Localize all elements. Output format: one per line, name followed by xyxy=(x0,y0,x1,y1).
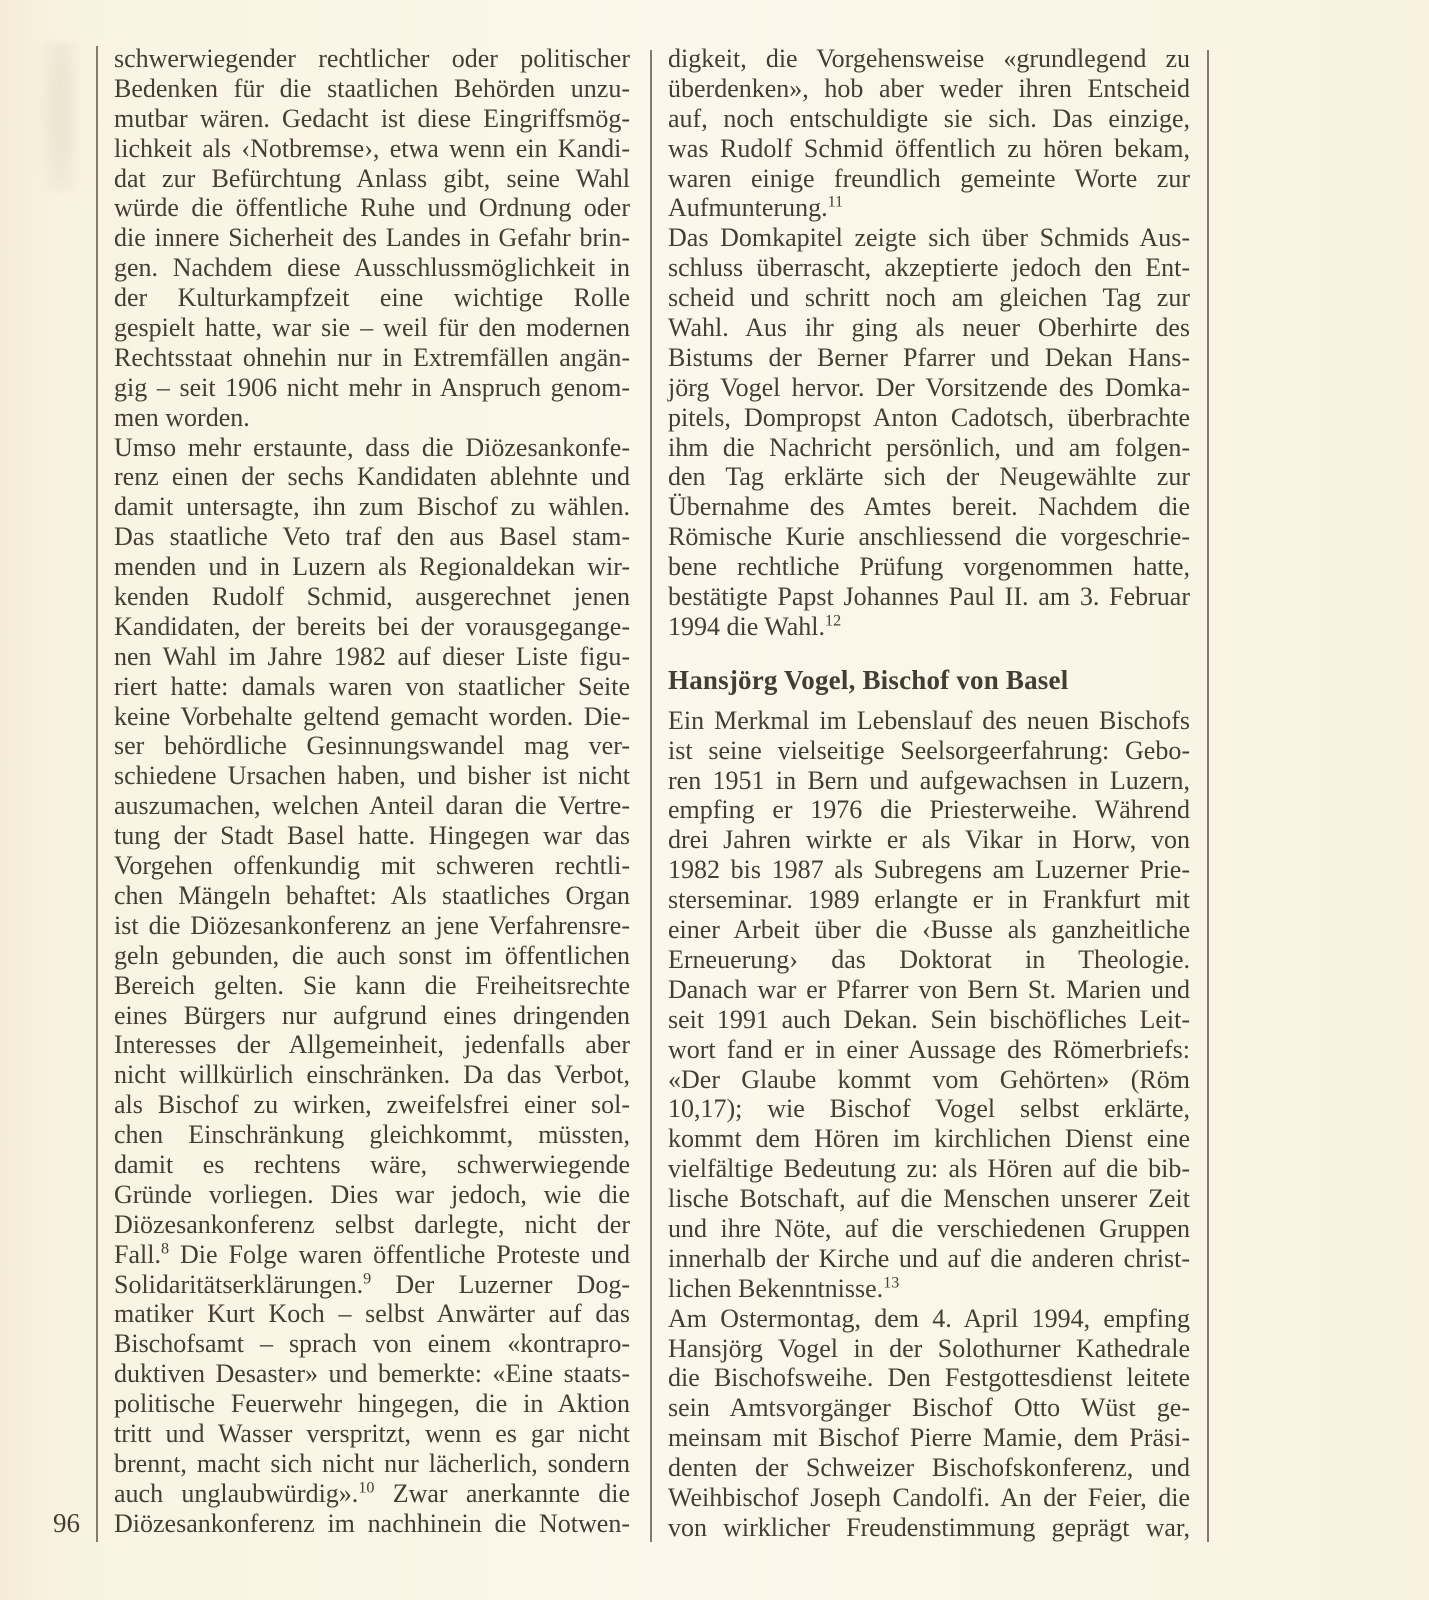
page-number: 96 xyxy=(28,1508,80,1539)
text-line: damit es rechtens wäre, schwerwiegende xyxy=(114,1150,630,1180)
text-line: Solidaritätserklärungen.9 Der Luzerner D… xyxy=(114,1270,630,1300)
text-line: gespielt hatte, war sie – weil für den m… xyxy=(114,313,630,343)
text-line: Gründe vorliegen. Dies war jedoch, wie d… xyxy=(114,1180,630,1210)
text-line: von wirklicher Freudenstimmung geprägt w… xyxy=(668,1513,1190,1543)
text-line: Erneuerung› das Doktorat in Theologie. xyxy=(668,945,1190,975)
text-line: überdenken», hob aber weder ihren Entsch… xyxy=(668,74,1190,104)
text-line: lichen Bekenntnisse.13 xyxy=(668,1274,1190,1304)
footnote-ref: 13 xyxy=(883,1274,899,1291)
text-line: keine Vorbehalte geltend gemacht worden.… xyxy=(114,702,630,732)
text-line: chen Einschränkung gleichkommt, müssten, xyxy=(114,1120,630,1150)
paragraph: digkeit, die Vorgehensweise «grundlegend… xyxy=(668,44,1190,223)
text-line: «Der Glaube kommt vom Gehörten» (Röm xyxy=(668,1065,1190,1095)
text-line: denten der Schweizer Bischofskonferenz, … xyxy=(668,1453,1190,1483)
text-line: brennt, macht sich nicht nur lächerlich,… xyxy=(114,1449,630,1479)
text-line: mutbar wären. Gedacht ist diese Eingriff… xyxy=(114,104,630,134)
text-line: lichkeit als ‹Notbremse›, etwa wenn ein … xyxy=(114,134,630,164)
text-line: wort fand er in einer Aussage des Römerb… xyxy=(668,1035,1190,1065)
text-line: ren 1951 in Bern und aufgewachsen in Luz… xyxy=(668,766,1190,796)
text-line: pitels, Dompropst Anton Cadotsch, überbr… xyxy=(668,403,1190,433)
text-line: Das staatliche Veto traf den aus Basel s… xyxy=(114,522,630,552)
text-line: dat zur Befürchtung Anlass gibt, seine W… xyxy=(114,164,630,194)
text-line: ihm die Nachricht persönlich, und am fol… xyxy=(668,433,1190,463)
text-line: Ein Merkmal im Lebenslauf des neuen Bisc… xyxy=(668,706,1190,736)
text-line: auf, noch entschuldigte sie sich. Das ei… xyxy=(668,104,1190,134)
text-line: 10,17); wie Bischof Vogel selbst erklärt… xyxy=(668,1094,1190,1124)
text-line: Rechtsstaat ohnehin nur in Extremfällen … xyxy=(114,343,630,373)
text-line: Diözesankonferenz selbst darlegte, nicht… xyxy=(114,1210,630,1240)
text-line: scheid und schritt noch am gleichen Tag … xyxy=(668,283,1190,313)
text-line: als Bischof zu wirken, zweifelsfrei eine… xyxy=(114,1090,630,1120)
text-line: ser behördliche Gesinnungswandel mag ver… xyxy=(114,731,630,761)
footnote-ref: 9 xyxy=(363,1270,371,1287)
text-line: Übernahme des Amtes bereit. Nachdem die xyxy=(668,492,1190,522)
text-line: waren einige freundlich gemeinte Worte z… xyxy=(668,164,1190,194)
text-line: drei Jahren wirkte er als Vikar in Horw,… xyxy=(668,825,1190,855)
text-line: Am Ostermontag, dem 4. April 1994, empfi… xyxy=(668,1304,1190,1334)
text-line: 1994 die Wahl.12 xyxy=(668,612,1190,642)
text-line: nen Wahl im Jahre 1982 auf dieser Liste … xyxy=(114,642,630,672)
text-line: Hansjörg Vogel in der Solothurner Kathed… xyxy=(668,1334,1190,1364)
text-line: und ihre Nöte, auf die verschiedenen Gru… xyxy=(668,1214,1190,1244)
text-line: ist seine vielseitige Seelsorgeerfahrung… xyxy=(668,736,1190,766)
text-line: Umso mehr erstaunte, dass die Diözesanko… xyxy=(114,433,630,463)
text-line: chen Mängeln behaftet: Als staatliches O… xyxy=(114,881,630,911)
text-line: meinsam mit Bischof Pierre Mamie, dem Pr… xyxy=(668,1423,1190,1453)
text-line: Bereich gelten. Sie kann die Freiheitsre… xyxy=(114,971,630,1001)
text-line: tritt und Wasser verspritzt, wenn es gar… xyxy=(114,1419,630,1449)
text-line: schwerwiegender rechtlicher oder politis… xyxy=(114,44,630,74)
text-line: Bischofsamt – sprach von einem «kontrapr… xyxy=(114,1329,630,1359)
text-line: Danach war er Pfarrer von Bern St. Marie… xyxy=(668,975,1190,1005)
paragraph: schwerwiegender rechtlicher oder politis… xyxy=(114,44,630,433)
text-line: politische Feuerwehr hingegen, die in Ak… xyxy=(114,1389,630,1419)
text-line: eines Bürgers nur aufgrund eines dringen… xyxy=(114,1001,630,1031)
text-line: Das Domkapitel zeigte sich über Schmids … xyxy=(668,223,1190,253)
text-line: Bistums der Berner Pfarrer und Dekan Han… xyxy=(668,343,1190,373)
text-line: damit untersagte, ihn zum Bischof zu wäh… xyxy=(114,492,630,522)
text-line: lische Botschaft, auf die Menschen unser… xyxy=(668,1184,1190,1214)
footnote-ref: 12 xyxy=(825,612,841,629)
text-line: die innere Sicherheit des Landes in Gefa… xyxy=(114,223,630,253)
right-margin-rule xyxy=(1207,50,1209,1542)
text-line: auch unglaubwürdig».10 Zwar anerkannte d… xyxy=(114,1479,630,1509)
text-line: duktiven Desaster» und bemerkte: «Eine s… xyxy=(114,1359,630,1389)
text-line: Fall.8 Die Folge waren öffentliche Prote… xyxy=(114,1240,630,1270)
text-line: schiedene Ursachen haben, und bisher ist… xyxy=(114,761,630,791)
footnote-ref: 11 xyxy=(828,194,844,211)
text-line: men worden. xyxy=(114,403,630,433)
text-line: ist die Diözesankonferenz an jene Verfah… xyxy=(114,911,630,941)
text-line: Vorgehen offenkundig mit schweren rechtl… xyxy=(114,851,630,881)
footnote-ref: 8 xyxy=(161,1240,169,1257)
text-line: die Bischofsweihe. Den Festgottesdienst … xyxy=(668,1363,1190,1393)
text-line: bestätigte Papst Johannes Paul II. am 3.… xyxy=(668,582,1190,612)
text-line: Kandidaten, der bereits bei der vorausge… xyxy=(114,612,630,642)
text-line: den Tag erklärte sich der Neugewählte zu… xyxy=(668,462,1190,492)
right-text-column: digkeit, die Vorgehensweise «grundlegend… xyxy=(668,44,1190,1543)
text-line: einer Arbeit über die ‹Busse als ganzhei… xyxy=(668,915,1190,945)
left-text-column: schwerwiegender rechtlicher oder politis… xyxy=(114,44,630,1539)
book-page: 96 schwerwiegender rechtlicher oder poli… xyxy=(0,0,1429,1600)
text-line: vielfältige Bedeutung zu: als Hören auf … xyxy=(668,1154,1190,1184)
paragraph: Das Domkapitel zeigte sich über Schmids … xyxy=(668,223,1190,641)
text-line: jörg Vogel hervor. Der Vorsitzende des D… xyxy=(668,373,1190,403)
paragraph: Am Ostermontag, dem 4. April 1994, empfi… xyxy=(668,1304,1190,1543)
text-line: der Kulturkampfzeit eine wichtige Rolle xyxy=(114,283,630,313)
text-line: innerhalb der Kirche und auf die anderen… xyxy=(668,1244,1190,1274)
text-line: gen. Nachdem diese Ausschlussmöglichkeit… xyxy=(114,253,630,283)
text-line: sein Amtsvorgänger Bischof Otto Wüst ge- xyxy=(668,1393,1190,1423)
text-line: Aufmunterung.11 xyxy=(668,193,1190,223)
text-line: Wahl. Aus ihr ging als neuer Oberhirte d… xyxy=(668,313,1190,343)
text-line: Diözesankonferenz im nachhinein die Notw… xyxy=(114,1509,630,1539)
text-line: sterseminar. 1989 erlangte er in Frankfu… xyxy=(668,885,1190,915)
text-line: würde die öffentliche Ruhe und Ordnung o… xyxy=(114,193,630,223)
text-line: Weihbischof Joseph Candolfi. An der Feie… xyxy=(668,1483,1190,1513)
text-line: gig – seit 1906 nicht mehr in Anspruch g… xyxy=(114,373,630,403)
text-line: Interesses der Allgemeinheit, jedenfalls… xyxy=(114,1030,630,1060)
margin-ink-ghost xyxy=(38,42,84,192)
text-line: tung der Stadt Basel hatte. Hingegen war… xyxy=(114,821,630,851)
text-line: Römische Kurie anschliessend die vorgesc… xyxy=(668,522,1190,552)
text-line: schluss überrascht, akzeptierte jedoch d… xyxy=(668,253,1190,283)
text-line: digkeit, die Vorgehensweise «grundlegend… xyxy=(668,44,1190,74)
left-margin-rule xyxy=(96,46,98,1542)
text-line: kommt dem Hören im kirchlichen Dienst ei… xyxy=(668,1124,1190,1154)
text-line: matiker Kurt Koch – selbst Anwärter auf … xyxy=(114,1299,630,1329)
text-line: nicht willkürlich einschränken. Da das V… xyxy=(114,1060,630,1090)
text-line: geln gebunden, die auch sonst im öffentl… xyxy=(114,941,630,971)
paragraph: Ein Merkmal im Lebenslauf des neuen Bisc… xyxy=(668,706,1190,1304)
text-line: bene rechtliche Prüfung vorgenommen hatt… xyxy=(668,552,1190,582)
text-line: empfing er 1976 die Priesterweihe. Währe… xyxy=(668,795,1190,825)
text-line: renz einen der sechs Kandidaten ablehnte… xyxy=(114,462,630,492)
paragraph: Umso mehr erstaunte, dass die Diözesanko… xyxy=(114,433,630,1539)
text-line: riert hatte: damals waren von staatliche… xyxy=(114,672,630,702)
text-line: Bedenken für die staatlichen Behörden un… xyxy=(114,74,630,104)
text-line: seit 1991 auch Dekan. Sein bischöfliches… xyxy=(668,1005,1190,1035)
text-line: auszumachen, welchen Anteil daran die Ve… xyxy=(114,791,630,821)
text-line: was Rudolf Schmid öffentlich zu hören be… xyxy=(668,134,1190,164)
text-line: kenden Rudolf Schmid, ausgerechnet jenen xyxy=(114,582,630,612)
text-line: menden und in Luzern als Regionaldekan w… xyxy=(114,552,630,582)
column-divider-rule xyxy=(650,50,652,1542)
footnote-ref: 10 xyxy=(358,1479,374,1496)
text-line: 1982 bis 1987 als Subregens am Luzerner … xyxy=(668,855,1190,885)
section-heading: Hansjörg Vogel, Bischof von Basel xyxy=(668,665,1190,695)
